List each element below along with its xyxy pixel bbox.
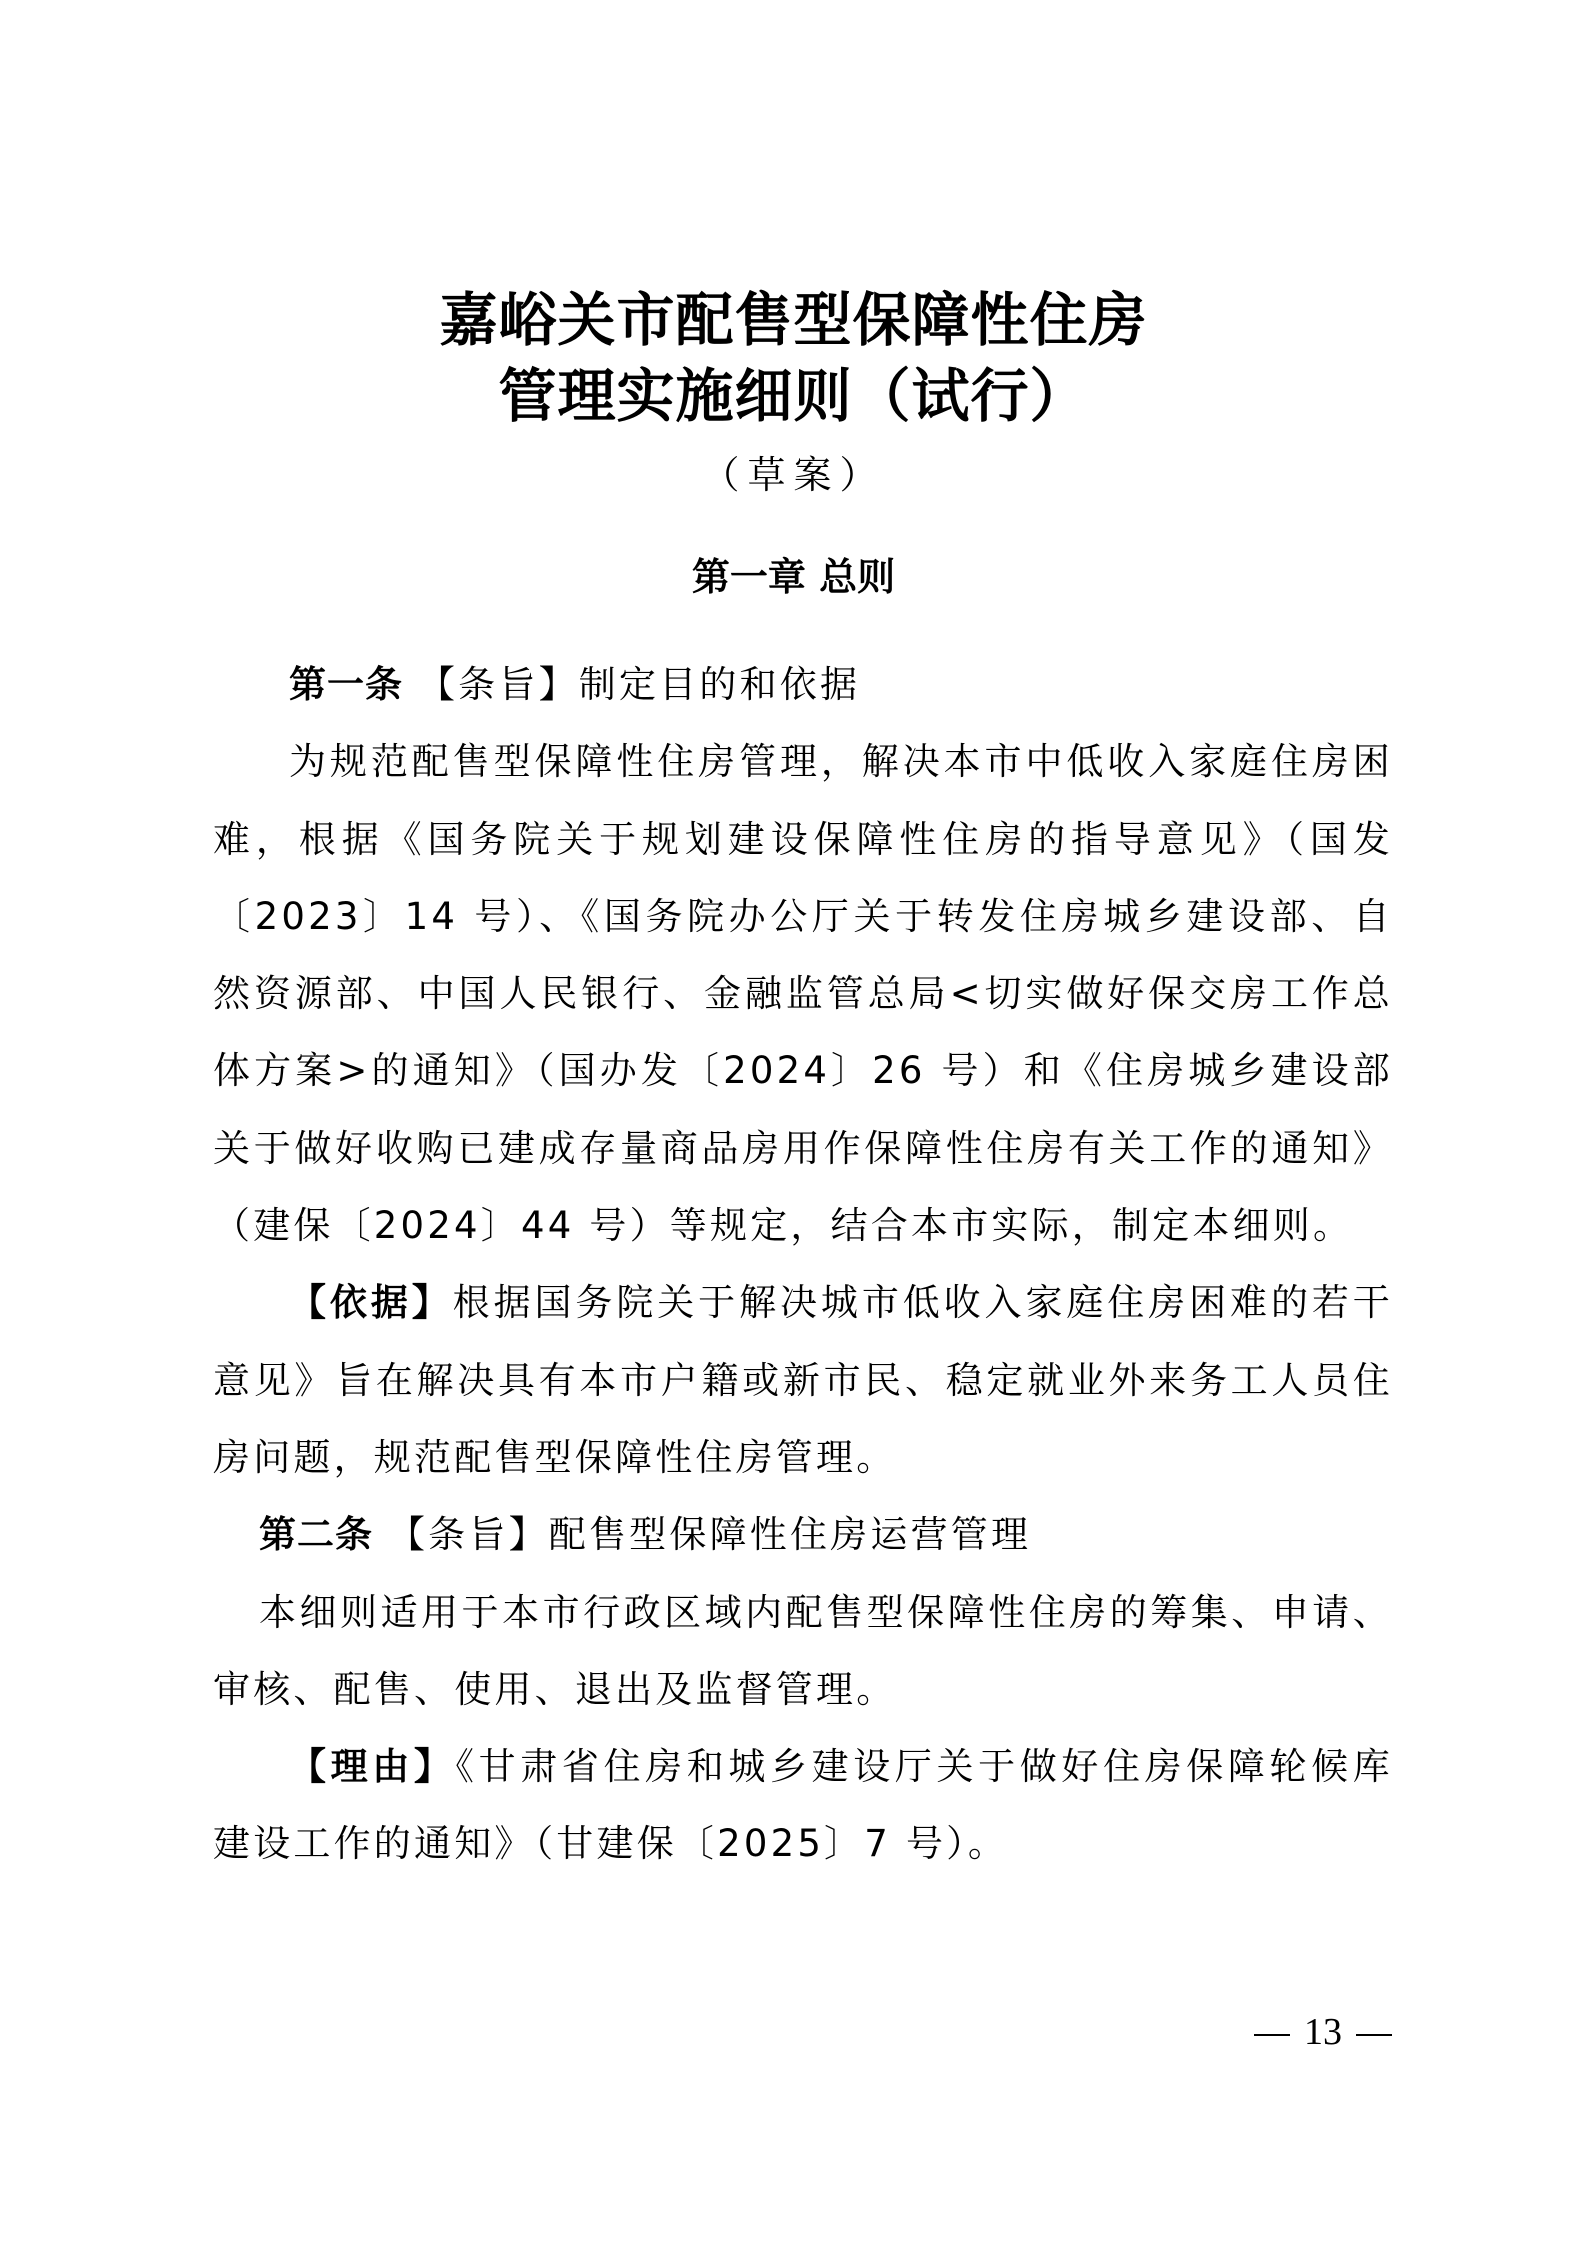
- page-number-value: 13: [1304, 2011, 1342, 2053]
- draft-label: （草案）: [0, 452, 1587, 500]
- article-2-tag: 【条旨】: [388, 1513, 549, 1556]
- document-page: 嘉峪关市配售型保障性住房 管理实施细则（试行） （草案） 第一章 总则 第一条 …: [0, 0, 1587, 2245]
- document-body: 第一条 【条旨】制定目的和依据 为规范配售型保障性住房管理，解决本市中低收入家庭…: [213, 646, 1393, 1883]
- chapter-heading: 第一章 总则: [0, 552, 1587, 602]
- article-1-note-label: 【依据】: [289, 1281, 453, 1324]
- article-2-number: 第二条: [259, 1513, 373, 1556]
- document-title-line-1: 嘉峪关市配售型保障性住房: [0, 282, 1587, 358]
- article-1-heading-text: 制定目的和依据: [579, 663, 860, 706]
- article-1-heading: 第一条 【条旨】制定目的和依据: [213, 646, 1393, 723]
- article-2-note-label: 【理由】: [289, 1745, 456, 1788]
- document-title-line-2: 管理实施细则（试行）: [0, 358, 1587, 434]
- article-2-note: 【理由】《甘肃省住房和城乡建设厅关于做好住房保障轮候库建设工作的通知》（甘建保〔…: [213, 1728, 1393, 1883]
- article-1-paragraph: 为规范配售型保障性住房管理，解决本市中低收入家庭住房困难，根据《国务院关于规划建…: [213, 723, 1393, 1264]
- article-1-tag: 【条旨】: [418, 663, 579, 706]
- article-2-heading: 第二条 【条旨】配售型保障性住房运营管理: [213, 1496, 1393, 1573]
- page-number-dash-right: [1356, 2034, 1392, 2036]
- page-number-dash-left: [1254, 2034, 1290, 2036]
- article-2-heading-text: 配售型保障性住房运营管理: [549, 1513, 1031, 1556]
- article-2-paragraph: 本细则适用于本市行政区域内配售型保障性住房的筹集、申请、审核、配售、使用、退出及…: [213, 1574, 1393, 1729]
- article-1-number: 第一条: [289, 663, 403, 706]
- page-number: 13: [1240, 2008, 1406, 2056]
- article-1-note: 【依据】根据国务院关于解决城市低收入家庭住房困难的若干意见》旨在解决具有本市户籍…: [213, 1264, 1393, 1496]
